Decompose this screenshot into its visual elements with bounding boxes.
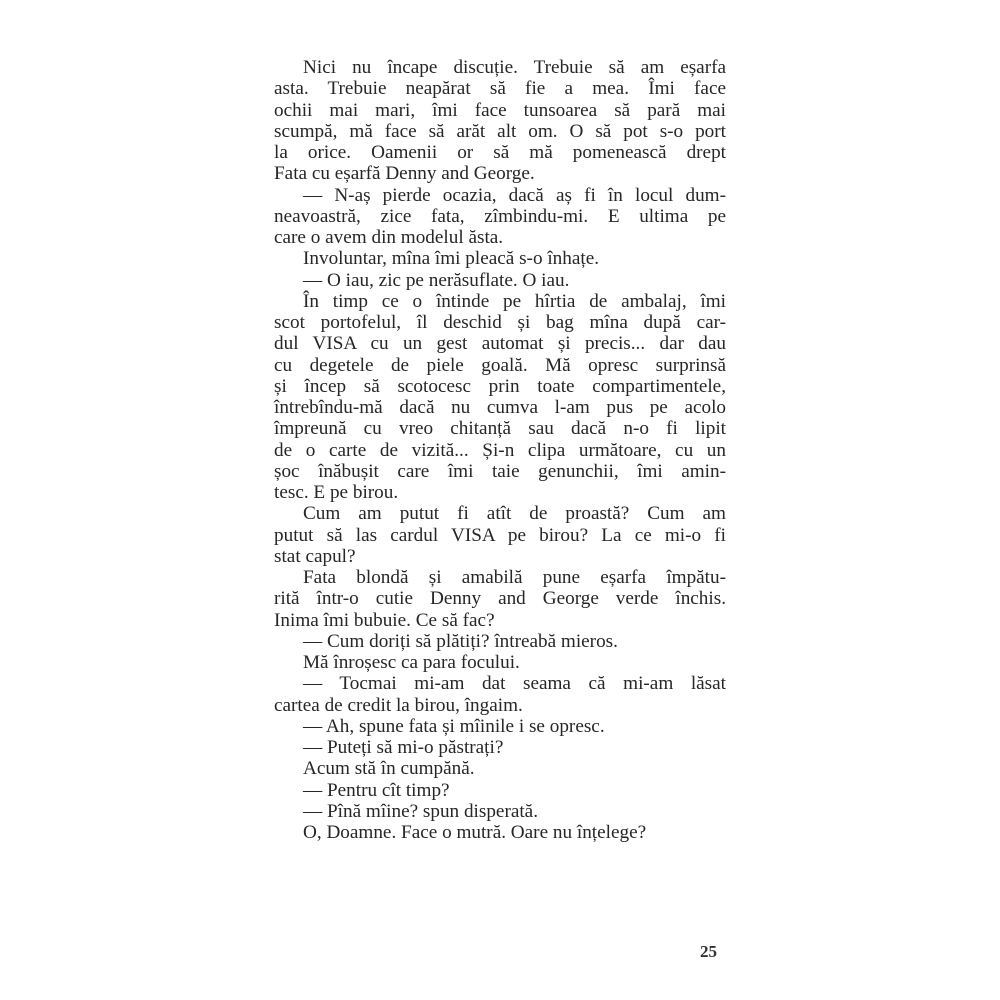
text-line: dul VISA cu un gest automat și precis...… (274, 333, 726, 354)
text-line: Mă înroșesc ca para focului. (274, 652, 726, 673)
text-line: asta. Trebuie neapărat să fie a mea. Îmi… (274, 78, 726, 99)
text-line: scot portofelul, îl deschid și bag mîna … (274, 312, 726, 333)
text-line: scumpă, mă face să arăt alt om. O să pot… (274, 121, 726, 142)
text-line: rită într-o cutie Denny and George verde… (274, 588, 726, 609)
text-line: întrebîndu-mă dacă nu cumva l-am pus pe … (274, 397, 726, 418)
text-line: Involuntar, mîna îmi pleacă s-o înhațe. (274, 248, 726, 269)
text-line: — Tocmai mi-am dat seama că mi-am lăsat (274, 673, 726, 694)
text-line: cu degetele de piele goală. Mă opresc su… (274, 355, 726, 376)
text-line: Fata cu eșarfă Denny and George. (274, 163, 726, 184)
text-line: Acum stă în cumpănă. (274, 758, 726, 779)
text-line: O, Doamne. Face o mutră. Oare nu înțeleg… (274, 822, 726, 843)
text-line: putut să las cardul VISA pe birou? La ce… (274, 525, 726, 546)
text-line: stat capul? (274, 546, 726, 567)
text-line: Nici nu încape discuție. Trebuie să am e… (274, 57, 726, 78)
text-line: la orice. Oamenii or să mă pomenească dr… (274, 142, 726, 163)
text-line: — Ah, spune fata și mîinile i se opresc. (274, 716, 726, 737)
text-line: cartea de credit la birou, îngaim. (274, 695, 726, 716)
text-line: — N-aș pierde ocazia, dacă aș fi în locu… (274, 185, 726, 206)
text-line: — Pentru cît timp? (274, 780, 726, 801)
book-page-text: Nici nu încape discuție. Trebuie să am e… (274, 57, 726, 843)
text-line: — Puteți să mi-o păstrați? (274, 737, 726, 758)
text-line: Inima îmi bubuie. Ce să fac? (274, 610, 726, 631)
text-line: împreună cu vreo chitanță sau dacă n-o f… (274, 418, 726, 439)
text-line: Cum am putut fi atît de proastă? Cum am (274, 503, 726, 524)
text-line: neavoastră, zice fata, zîmbindu-mi. E ul… (274, 206, 726, 227)
text-line: — O iau, zic pe nerăsuflate. O iau. (274, 270, 726, 291)
text-line: de o carte de vizită... Și-n clipa următ… (274, 440, 726, 461)
text-line: — Pînă mîine? spun disperată. (274, 801, 726, 822)
text-line: care o avem din modelul ăsta. (274, 227, 726, 248)
text-line: — Cum doriți să plătiți? întreabă mieros… (274, 631, 726, 652)
text-line: tesc. E pe birou. (274, 482, 726, 503)
text-line: În timp ce o întinde pe hîrtia de ambala… (274, 291, 726, 312)
text-line: ochii mai mari, îmi face tunsoarea să pa… (274, 100, 726, 121)
text-line: și încep să scotocesc prin toate compart… (274, 376, 726, 397)
text-line: Fata blondă și amabilă pune eșarfa împăt… (274, 567, 726, 588)
text-line: șoc înăbușit care îmi taie genunchii, îm… (274, 461, 726, 482)
page-number: 25 (700, 942, 717, 962)
